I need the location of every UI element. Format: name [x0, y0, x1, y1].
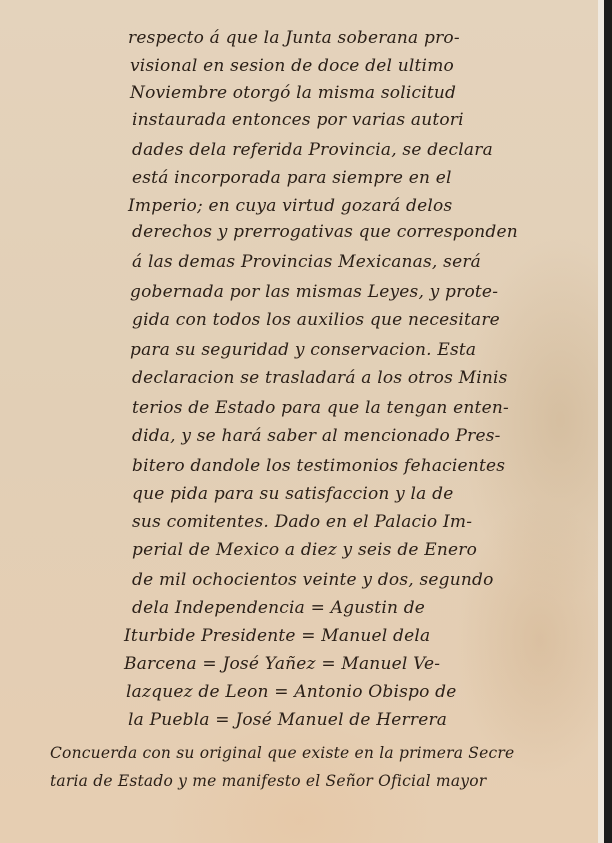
- body-line-3: Noviembre otorgó la misma solicitud: [130, 83, 456, 103]
- body-line-23: Barcena = José Yañez = Manuel Ve-: [124, 654, 440, 674]
- body-line-17: que pida para su satisfaccion y la de: [132, 484, 453, 504]
- body-line-22: Iturbide Presidente = Manuel dela: [124, 626, 430, 646]
- body-line-15: dida, y se hará saber al mencionado Pres…: [132, 426, 501, 446]
- body-line-6: está incorporada para siempre en el: [132, 168, 452, 188]
- manuscript-page: respecto á que la Junta soberana pro- vi…: [0, 0, 598, 843]
- body-line-21: dela Independencia = Agustin de: [132, 598, 425, 618]
- body-line-2: visional en sesion de doce del ultimo: [130, 56, 454, 76]
- body-line-14: terios de Estado para que la tengan ente…: [132, 398, 509, 418]
- body-line-18: sus comitentes. Dado en el Palacio Im-: [132, 512, 472, 532]
- body-line-7: Imperio; en cuya virtud gozará delos: [128, 196, 452, 216]
- body-line-19: perial de Mexico a diez y seis de Enero: [132, 540, 477, 560]
- body-line-20: de mil ochocientos veinte y dos, segundo: [132, 570, 494, 590]
- closing-line-1: Concuerda con su original que existe en …: [50, 744, 514, 762]
- body-line-5: dades dela referida Provincia, se declar…: [132, 140, 493, 160]
- body-line-16: bitero dandole los testimonios fehacient…: [132, 456, 505, 476]
- body-line-25: la Puebla = José Manuel de Herrera: [128, 710, 447, 730]
- body-line-10: gobernada por las mismas Leyes, y prote-: [130, 282, 498, 302]
- body-line-1: respecto á que la Junta soberana pro-: [128, 28, 460, 48]
- body-line-12: para su seguridad y conservacion. Esta: [130, 340, 476, 360]
- scan-border: [604, 0, 612, 843]
- body-line-11: gida con todos los auxilios que necesita…: [132, 310, 500, 330]
- body-line-13: declaracion se trasladará a los otros Mi…: [132, 368, 508, 388]
- body-line-4: instaurada entonces por varias autori: [132, 110, 464, 130]
- body-line-8: derechos y prerrogativas que corresponde…: [132, 222, 518, 242]
- body-line-24: lazquez de Leon = Antonio Obispo de: [126, 682, 456, 702]
- closing-line-2: taria de Estado y me manifesto el Señor …: [50, 772, 486, 790]
- body-line-9: á las demas Provincias Mexicanas, será: [132, 252, 481, 272]
